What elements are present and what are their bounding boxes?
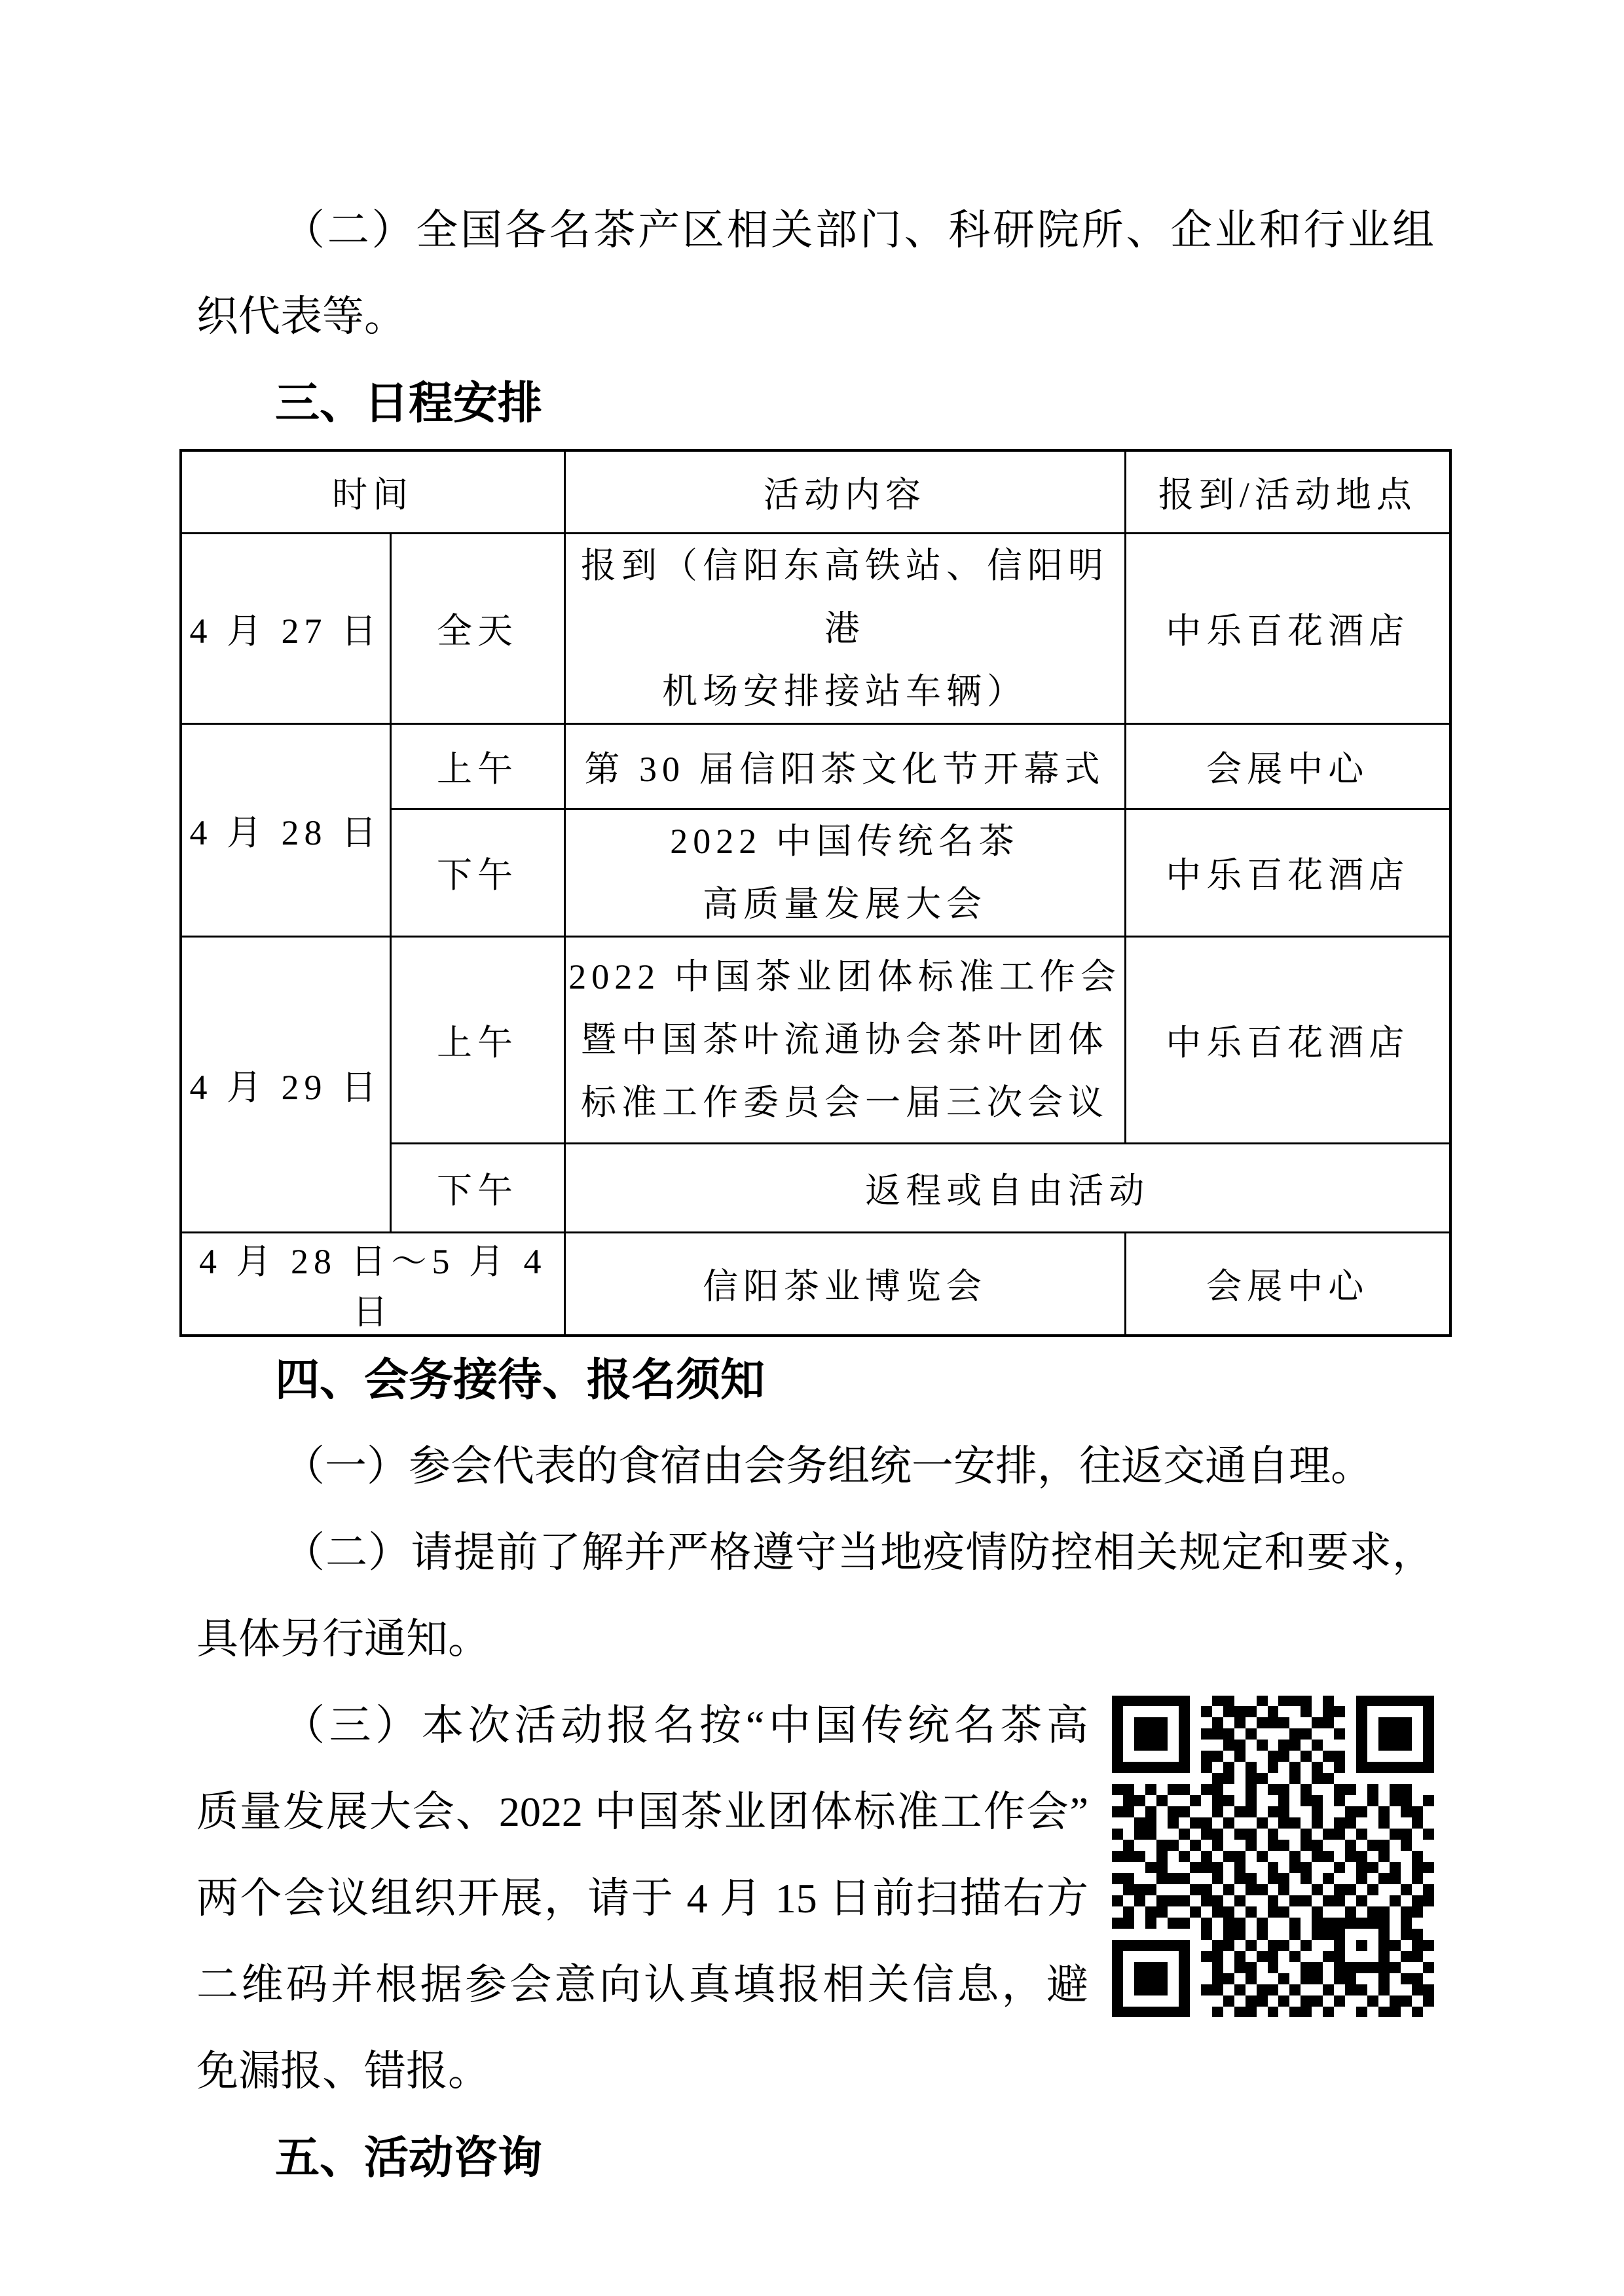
cell-r4-location: 会展中心 — [1125, 1232, 1450, 1336]
heading-reception: 四、会务接待、报名须知 — [196, 1337, 1434, 1423]
cell-r1-activity: 报到（信阳东高铁站、信阳明港 机场安排接站车辆） — [564, 533, 1125, 723]
cell-r3a-time: 上午 — [390, 936, 564, 1143]
table-row: 4 月 28 日～5 月 4 日 信阳茶业博览会 会展中心 — [181, 1232, 1450, 1336]
para-1-line-1: （一）参会代表的食宿由会务组统一安排，往返交通自理。 — [196, 1423, 1434, 1510]
cell-r3b-time: 下午 — [390, 1143, 564, 1232]
para-2-line-2: 具体另行通知。 — [196, 1596, 1434, 1683]
cell-r1-time: 全天 — [390, 533, 564, 723]
cell-r4-daterange: 4 月 28 日～5 月 4 日 — [181, 1232, 564, 1336]
document-page: （二）全国各名茶产区相关部门、科研院所、企业和行业组 织代表等。 三、日程安排 … — [0, 0, 1624, 2296]
cell-r3a-location: 中乐百花酒店 — [1125, 936, 1450, 1143]
cell-r3a-activity-line-1: 2022 中国茶业团体标准工作会 — [566, 945, 1124, 1008]
cell-r2b-activity-line-2: 高质量发展大会 — [566, 873, 1124, 936]
cell-r1-activity-line-2: 机场安排接站车辆） — [566, 660, 1124, 723]
cell-r1-date: 4 月 27 日 — [181, 533, 390, 723]
cell-r2b-location: 中乐百花酒店 — [1125, 809, 1450, 936]
para-intro-line-2: 织代表等。 — [196, 274, 1434, 360]
cell-r2b-activity: 2022 中国传统名茶 高质量发展大会 — [564, 809, 1125, 936]
qr-code — [1112, 1696, 1434, 2018]
header-location: 报到/活动地点 — [1125, 450, 1450, 533]
cell-r1-location: 中乐百花酒店 — [1125, 533, 1450, 723]
heading-contact: 五、活动咨询 — [196, 2115, 1434, 2201]
cell-r2a-location: 会展中心 — [1125, 723, 1450, 809]
cell-r3-date: 4 月 29 日 — [181, 936, 390, 1232]
table-header-row: 时间 活动内容 报到/活动地点 — [181, 450, 1450, 533]
heading-schedule: 三、日程安排 — [196, 360, 1434, 446]
para-intro-line-1: （二）全国各名茶产区相关部门、科研院所、企业和行业组 — [196, 187, 1434, 274]
cell-r2-date: 4 月 28 日 — [181, 723, 390, 936]
cell-r1-activity-line-1: 报到（信阳东高铁站、信阳明港 — [566, 534, 1124, 660]
table-row: 4 月 29 日 上午 2022 中国茶业团体标准工作会 暨中国茶叶流通协会茶叶… — [181, 936, 1450, 1143]
cell-r2a-time: 上午 — [390, 723, 564, 809]
para-3-line-5: 免漏报、错报。 — [196, 2028, 1434, 2115]
cell-r3a-activity-line-3: 标准工作委员会一届三次会议 — [566, 1071, 1124, 1134]
schedule-table: 时间 活动内容 报到/活动地点 4 月 27 日 全天 报到（信阳东高铁站、信阳… — [179, 449, 1452, 1337]
header-activity: 活动内容 — [564, 450, 1125, 533]
cell-r3a-activity: 2022 中国茶业团体标准工作会 暨中国茶叶流通协会茶叶团体 标准工作委员会一届… — [564, 936, 1125, 1143]
para-3-block: （三）本次活动报名按“中国传统名茶高 质量发展大会、2022 中国茶业团体标准工… — [196, 1683, 1434, 2115]
qr-code-grid — [1112, 1696, 1434, 2018]
cell-r3b-activity: 返程或自由活动 — [564, 1143, 1450, 1232]
cell-r3a-activity-line-2: 暨中国茶叶流通协会茶叶团体 — [566, 1008, 1124, 1071]
cell-r4-activity: 信阳茶业博览会 — [564, 1232, 1125, 1336]
table-row: 4 月 28 日 上午 第 30 届信阳茶文化节开幕式 会展中心 — [181, 723, 1450, 809]
header-time: 时间 — [181, 450, 564, 533]
para-2-line-1: （二）请提前了解并严格遵守当地疫情防控相关规定和要求， — [196, 1510, 1434, 1596]
cell-r2b-activity-line-1: 2022 中国传统名茶 — [566, 810, 1124, 873]
cell-r2a-activity: 第 30 届信阳茶文化节开幕式 — [564, 723, 1125, 809]
table-row: 4 月 27 日 全天 报到（信阳东高铁站、信阳明港 机场安排接站车辆） 中乐百… — [181, 533, 1450, 723]
cell-r2b-time: 下午 — [390, 809, 564, 936]
